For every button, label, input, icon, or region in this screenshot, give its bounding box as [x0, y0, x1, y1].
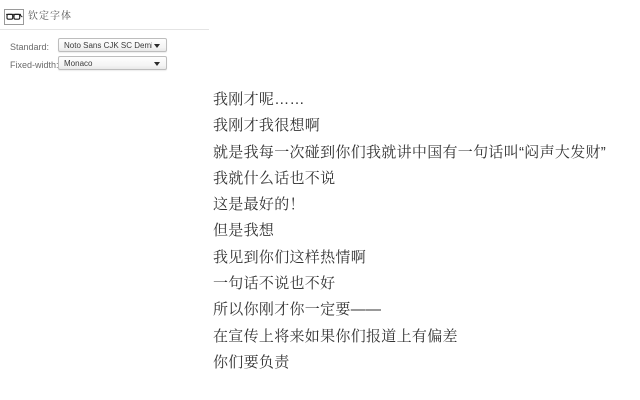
fixed-width-font-label: Fixed-width:	[10, 60, 59, 70]
standard-font-label: Standard:	[10, 42, 49, 52]
font-settings-page: 钦定字体 Standard: Noto Sans CJK SC DemiLigh…	[0, 0, 640, 400]
standard-font-select[interactable]: Noto Sans CJK SC DemiLight	[58, 38, 167, 52]
font-preview-text: 我刚才呢…… 我刚才我很想啊 就是我每一次碰到你们我就讲中国有一句话叫“闷声大发…	[213, 87, 633, 376]
page-title: 钦定字体	[28, 11, 72, 23]
fixed-width-font-select[interactable]: Monaco	[58, 56, 167, 70]
preview-line: 我见到你们这样热情啊	[213, 245, 633, 271]
standard-font-selected-value: Noto Sans CJK SC DemiLight	[64, 39, 152, 52]
preview-line: 一句话不说也不好	[213, 271, 633, 297]
preview-line: 所以你刚才你一定要——	[213, 297, 633, 323]
preview-line: 你们要负责	[213, 350, 633, 376]
preview-line: 在宣传上将来如果你们报道上有偏差	[213, 324, 633, 350]
preview-line: 就是我每一次碰到你们我就讲中国有一句话叫“闷声大发财”	[213, 140, 633, 166]
glasses-icon	[4, 9, 24, 25]
chevron-down-icon	[154, 44, 160, 48]
header-separator	[0, 29, 209, 30]
chevron-down-icon	[154, 62, 160, 66]
preview-line: 这是最好的！	[213, 192, 633, 218]
preview-line: 我就什么话也不说	[213, 166, 633, 192]
preview-line: 我刚才我很想啊	[213, 113, 633, 139]
preview-line: 我刚才呢……	[213, 87, 633, 113]
fixed-width-font-selected-value: Monaco	[64, 57, 152, 70]
preview-line: 但是我想	[213, 218, 633, 244]
